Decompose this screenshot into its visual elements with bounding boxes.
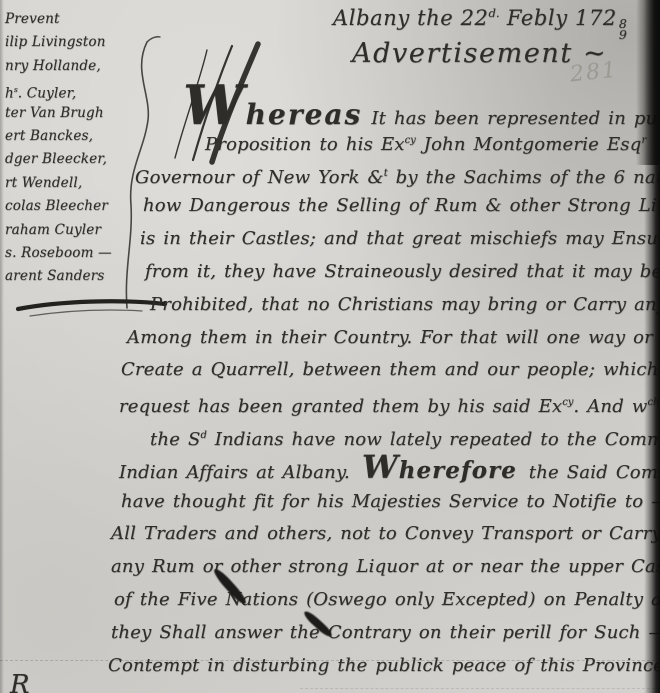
manuscript-line: Prohibited, that no Christians may bring… <box>150 289 653 322</box>
manuscript-line: request has been granted them by his sai… <box>119 387 653 420</box>
line-text: the Said Commrs. <box>521 462 660 483</box>
manuscript-line: is in their Castles; and that great misc… <box>140 223 653 256</box>
pencil-page-number: 281 <box>569 58 619 88</box>
margin-name: ilip Livingston <box>5 31 137 54</box>
body-text: WhereasIt has been represented in public… <box>105 92 653 682</box>
dateline-text: Albany the 22d. Febly 172 <box>333 6 617 30</box>
scan-left-edge <box>0 0 4 693</box>
manuscript-line: the Sd Indians have now lately repeated … <box>150 420 653 453</box>
dual-year-bottom: 9 <box>619 29 628 40</box>
next-line-partial-letter: R <box>10 670 30 693</box>
scan-right-edge-top <box>636 0 660 165</box>
manuscript-line: from it, they have Straineously desired … <box>145 256 653 289</box>
opening-word: Whereas <box>183 92 362 128</box>
margin-name: nry Hollande, <box>5 55 137 78</box>
manuscript-page: Prevent ilip Livingston nry Hollande, hs… <box>0 0 660 693</box>
manuscript-line: Among them in their Country. For that wi… <box>127 322 653 355</box>
manuscript-line: they Shall answer the Contrary on their … <box>111 617 653 650</box>
manuscript-line: Create a Quarrell, between them and our … <box>121 354 653 387</box>
dateline: Albany the 22d. Febly 17289 <box>333 6 627 40</box>
manuscript-line: Contempt in disturbing the publick peace… <box>108 650 653 683</box>
manuscript-line: All Traders and others, not to Convey Tr… <box>111 518 653 551</box>
dual-year: 89 <box>619 18 628 40</box>
manuscript-line: of the Five Nations (Oswego only Excepte… <box>114 584 653 617</box>
manuscript-line: WhereasIt has been represented in public… <box>183 92 653 125</box>
manuscript-line: any Rum or other strong Liquor at or nea… <box>111 551 653 584</box>
manuscript-line: Proposition to his Excy John Montgomerie… <box>205 125 653 158</box>
manuscript-line: Governour of New York &t by the Sachims … <box>135 158 653 191</box>
paper-crease <box>300 688 660 689</box>
manuscript-line: have thought fit for his Majesties Servi… <box>121 486 653 519</box>
wherefore-word: Wherefore <box>362 455 517 483</box>
margin-name: Prevent <box>5 8 137 31</box>
line-text: Indian Affairs at Albany. <box>119 462 358 483</box>
manuscript-line: how Dangerous the Selling of Rum & other… <box>143 190 653 223</box>
manuscript-line: Indian Affairs at Albany. Wherefore the … <box>119 453 653 486</box>
